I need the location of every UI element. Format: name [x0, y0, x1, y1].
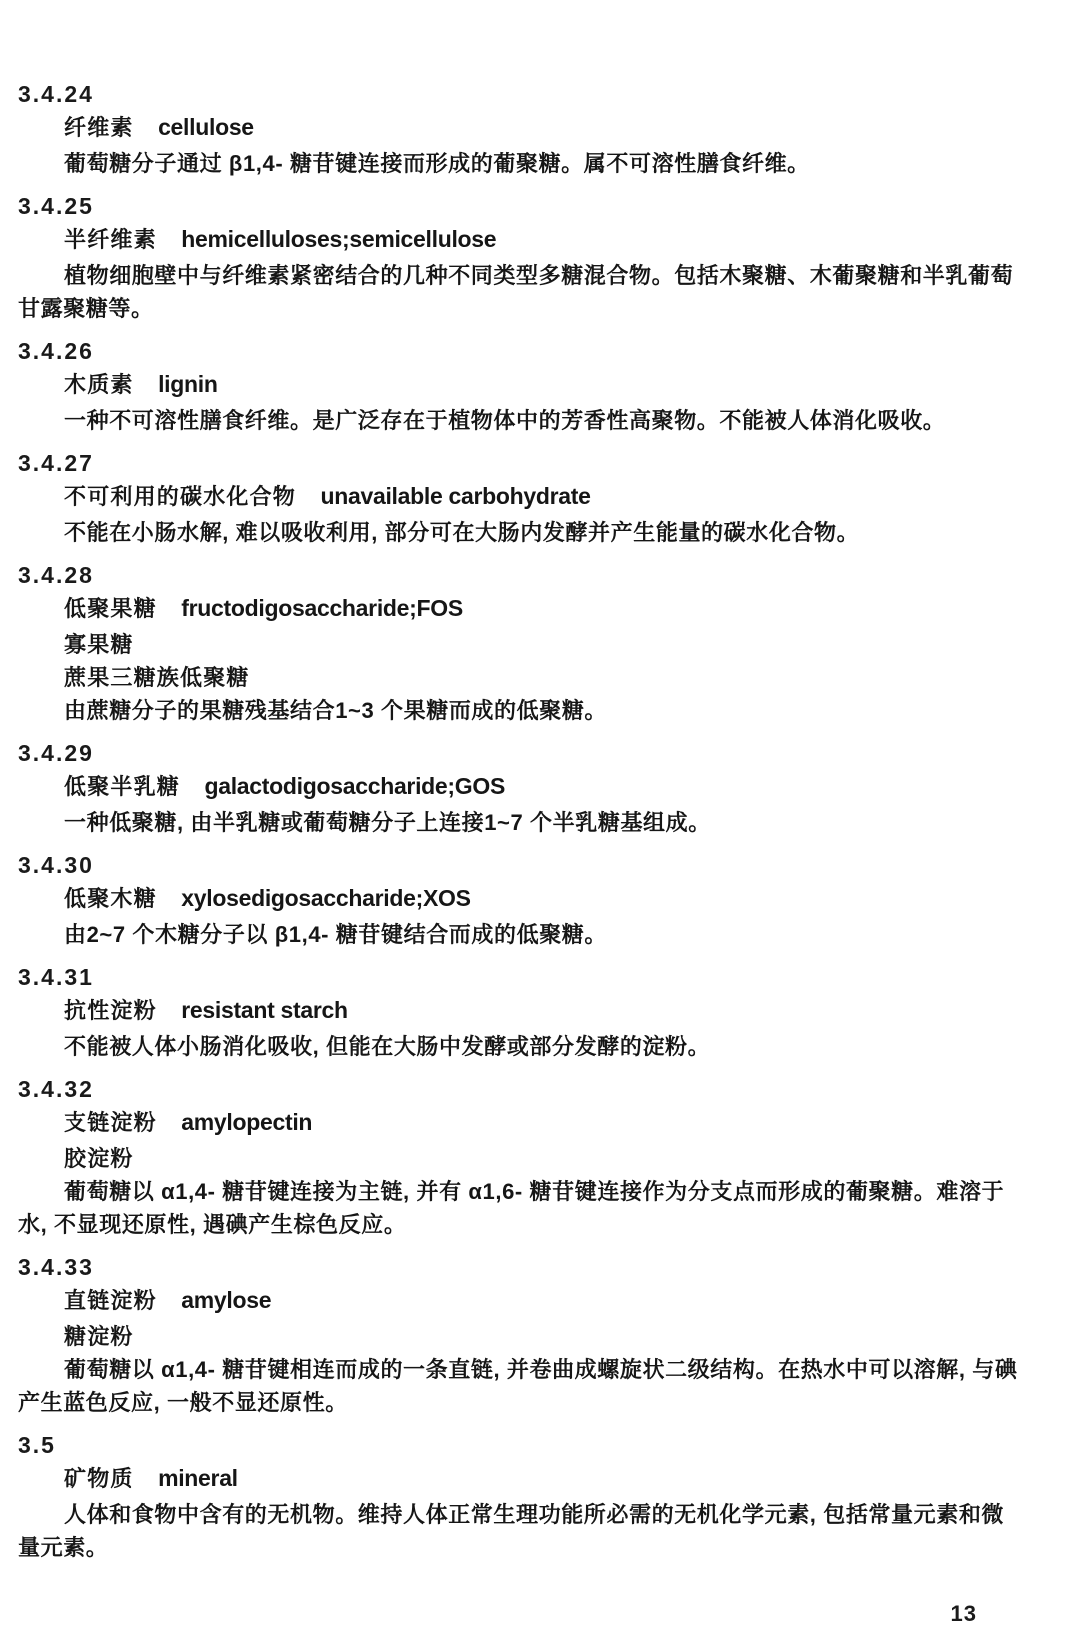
term-entry-3-4-24: 3.4.24 纤维素 cellulose 葡萄糖分子通过 β1,4- 糖苷键连接… [18, 78, 1060, 180]
clause-number: 3.4.29 [18, 737, 1060, 770]
term-line: 不可利用的碳水化合物 unavailable carbohydrate [18, 480, 1060, 516]
term-english: galactodigosaccharide;GOS [204, 773, 505, 799]
term-english: lignin [158, 371, 218, 397]
term-chinese: 低聚果糖 [64, 596, 157, 621]
term-chinese: 半纤维素 [64, 227, 157, 252]
term-chinese: 纤维素 [64, 115, 134, 140]
term-synonym: 胶淀粉 [18, 1142, 1060, 1175]
term-english: xylosedigosaccharide;XOS [181, 885, 470, 911]
term-entry-3-4-32: 3.4.32 支链淀粉 amylopectin 胶淀粉 葡萄糖以 α1,4- 糖… [18, 1073, 1060, 1241]
term-english: mineral [158, 1465, 238, 1491]
term-chinese: 支链淀粉 [64, 1110, 157, 1135]
definition-line: 量元素。 [18, 1531, 1060, 1564]
term-chinese: 抗性淀粉 [64, 998, 157, 1023]
term-entry-3-4-30: 3.4.30 低聚木糖 xylosedigosaccharide;XOS 由2~… [18, 849, 1060, 951]
clause-number: 3.4.26 [18, 335, 1060, 368]
term-entry-3-4-26: 3.4.26 木质素 lignin 一种不可溶性膳食纤维。是广泛存在于植物体中的… [18, 335, 1060, 437]
term-entry-3-4-28: 3.4.28 低聚果糖 fructodigosaccharide;FOS 寡果糖… [18, 559, 1060, 727]
definition-line: 一种不可溶性膳食纤维。是广泛存在于植物体中的芳香性高聚物。不能被人体消化吸收。 [18, 404, 1060, 437]
term-chinese: 矿物质 [64, 1466, 134, 1491]
term-english: resistant starch [181, 997, 348, 1023]
clause-number: 3.4.28 [18, 559, 1060, 592]
definition-line: 由2~7 个木糖分子以 β1,4- 糖苷键结合而成的低聚糖。 [18, 918, 1060, 951]
definition-line: 不能被人体小肠消化吸收, 但能在大肠中发酵或部分发酵的淀粉。 [18, 1030, 1060, 1063]
definition-line: 葡萄糖以 α1,4- 糖苷键连接为主链, 并有 α1,6- 糖苷键连接作为分支点… [18, 1175, 1060, 1208]
term-entry-3-4-27: 3.4.27 不可利用的碳水化合物 unavailable carbohydra… [18, 447, 1060, 549]
clause-number: 3.5 [18, 1429, 1060, 1462]
term-english: amylopectin [181, 1109, 312, 1135]
term-line: 支链淀粉 amylopectin [18, 1106, 1060, 1142]
term-line: 低聚果糖 fructodigosaccharide;FOS [18, 592, 1060, 628]
clause-number: 3.4.30 [18, 849, 1060, 882]
document-page: 3.4.24 纤维素 cellulose 葡萄糖分子通过 β1,4- 糖苷键连接… [0, 0, 1080, 1649]
term-english: fructodigosaccharide;FOS [181, 595, 463, 621]
clause-number: 3.4.32 [18, 1073, 1060, 1106]
term-english: unavailable carbohydrate [320, 483, 590, 509]
term-entry-3-4-29: 3.4.29 低聚半乳糖 galactodigosaccharide;GOS 一… [18, 737, 1060, 839]
term-english: cellulose [158, 114, 254, 140]
definition-line: 甘露聚糖等。 [18, 292, 1060, 325]
definition-line: 葡萄糖分子通过 β1,4- 糖苷键连接而形成的葡聚糖。属不可溶性膳食纤维。 [18, 147, 1060, 180]
term-english: amylose [181, 1287, 271, 1313]
term-line: 矿物质 mineral [18, 1462, 1060, 1498]
clause-number: 3.4.25 [18, 190, 1060, 223]
clause-number: 3.4.27 [18, 447, 1060, 480]
term-line: 抗性淀粉 resistant starch [18, 994, 1060, 1030]
term-chinese: 低聚半乳糖 [64, 774, 180, 799]
term-synonym: 蔗果三糖族低聚糖 [18, 661, 1060, 694]
term-chinese: 直链淀粉 [64, 1288, 157, 1313]
definition-line: 水, 不显现还原性, 遇碘产生棕色反应。 [18, 1208, 1060, 1241]
term-synonym: 糖淀粉 [18, 1320, 1060, 1353]
definition-line: 由蔗糖分子的果糖残基结合1~3 个果糖而成的低聚糖。 [18, 694, 1060, 727]
term-entry-3-4-33: 3.4.33 直链淀粉 amylose 糖淀粉 葡萄糖以 α1,4- 糖苷键相连… [18, 1251, 1060, 1419]
definition-line: 人体和食物中含有的无机物。维持人体正常生理功能所必需的无机化学元素, 包括常量元… [18, 1498, 1060, 1531]
definition-line: 葡萄糖以 α1,4- 糖苷键相连而成的一条直链, 并卷曲成螺旋状二级结构。在热水… [18, 1353, 1060, 1386]
definition-line: 不能在小肠水解, 难以吸收利用, 部分可在大肠内发酵并产生能量的碳水化合物。 [18, 516, 1060, 549]
term-line: 低聚木糖 xylosedigosaccharide;XOS [18, 882, 1060, 918]
term-chinese: 木质素 [64, 372, 134, 397]
clause-number: 3.4.24 [18, 78, 1060, 111]
term-line: 纤维素 cellulose [18, 111, 1060, 147]
definition-line: 一种低聚糖, 由半乳糖或葡萄糖分子上连接1~7 个半乳糖基组成。 [18, 806, 1060, 839]
term-entry-3-4-25: 3.4.25 半纤维素 hemicelluloses;semicellulose… [18, 190, 1060, 325]
term-chinese: 不可利用的碳水化合物 [64, 484, 296, 509]
term-entry-3-4-31: 3.4.31 抗性淀粉 resistant starch 不能被人体小肠消化吸收… [18, 961, 1060, 1063]
clause-number: 3.4.33 [18, 1251, 1060, 1284]
term-line: 半纤维素 hemicelluloses;semicellulose [18, 223, 1060, 259]
clause-number: 3.4.31 [18, 961, 1060, 994]
term-line: 木质素 lignin [18, 368, 1060, 404]
term-entry-3-5: 3.5 矿物质 mineral 人体和食物中含有的无机物。维持人体正常生理功能所… [18, 1429, 1060, 1564]
page-number: 13 [951, 1601, 977, 1627]
term-line: 直链淀粉 amylose [18, 1284, 1060, 1320]
definition-line: 植物细胞壁中与纤维素紧密结合的几种不同类型多糖混合物。包括木聚糖、木葡聚糖和半乳… [18, 259, 1060, 292]
definition-line: 产生蓝色反应, 一般不显还原性。 [18, 1386, 1060, 1419]
term-line: 低聚半乳糖 galactodigosaccharide;GOS [18, 770, 1060, 806]
term-chinese: 低聚木糖 [64, 886, 157, 911]
term-english: hemicelluloses;semicellulose [181, 226, 496, 252]
term-synonym: 寡果糖 [18, 628, 1060, 661]
